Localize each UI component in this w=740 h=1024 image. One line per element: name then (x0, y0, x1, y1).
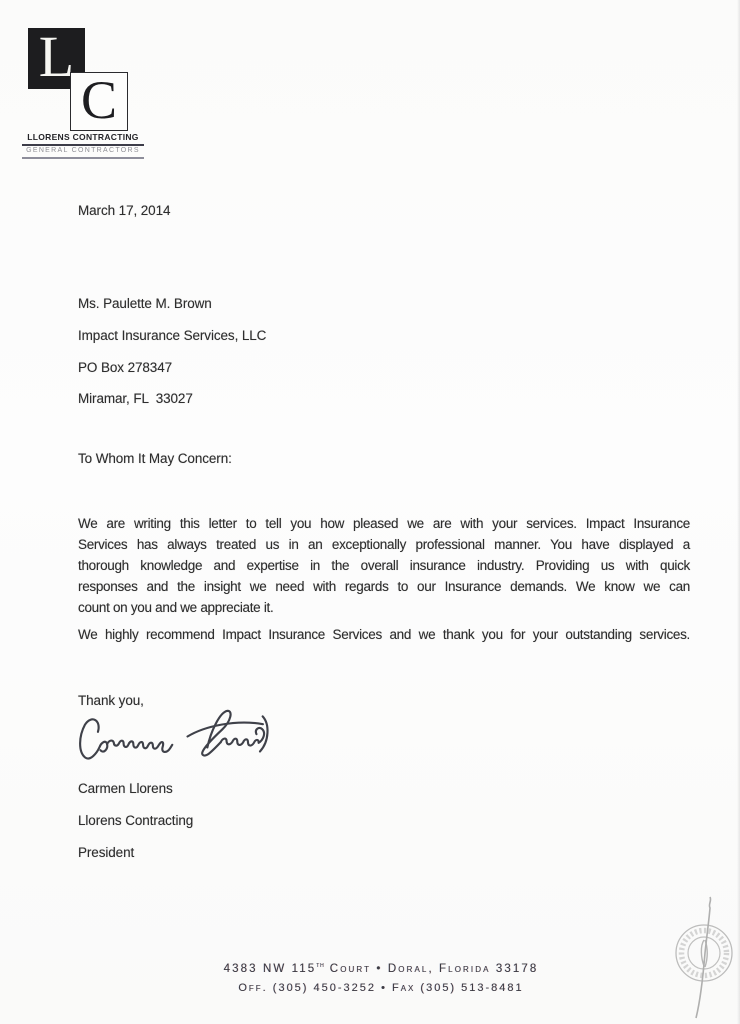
scanned-letter-page: L C LLORENS CONTRACTING GENERAL CONTRACT… (0, 0, 740, 1024)
body-paragraph-2: We highly recommend Impact Insurance Ser… (78, 624, 690, 645)
footer-address-line: 4383 NW 115th Court • Doral, Florida 331… (51, 956, 711, 979)
body-p1-line: We are writing this letter to tell you h… (78, 513, 690, 534)
letter-date: March 17, 2014 (78, 200, 170, 221)
body-p1-line: thorough knowledge and expertise in the … (78, 555, 690, 576)
logo-tagline: GENERAL CONTRACTORS (22, 147, 144, 154)
logo-divider-bottom (22, 157, 144, 159)
footer-phone-line: Off. (305) 450-3252 • Fax (305) 513-8481 (51, 979, 711, 998)
recipient-city-line: Miramar, FL 33027 (78, 388, 193, 409)
signer-title: President (78, 842, 134, 863)
salutation: To Whom It May Concern: (78, 448, 232, 469)
recipient-company: Impact Insurance Services, LLC (78, 325, 266, 346)
body-paragraph-1: We are writing this letter to tell you h… (78, 513, 690, 618)
footer-address-ordinal: th (316, 962, 324, 969)
letter-footer: 4383 NW 115th Court • Doral, Florida 331… (51, 956, 711, 998)
recipient-po-box: PO Box 278347 (78, 357, 172, 378)
body-p1-line: Services has always treated us in an exc… (78, 534, 690, 555)
body-p1-line: count on you and we appreciate it. (78, 597, 690, 618)
signer-name: Carmen Llorens (78, 778, 173, 799)
handwritten-signature (69, 700, 276, 775)
logo-divider-top (22, 144, 144, 146)
logo-company-name: LLORENS CONTRACTING (22, 132, 144, 142)
footer-address-rest: Court • Doral, Florida 33178 (325, 963, 539, 975)
logo-letter-c: C (81, 73, 117, 127)
logo-letter-l: L (39, 28, 74, 86)
signer-company: Llorens Contracting (78, 810, 193, 831)
recipient-name: Ms. Paulette M. Brown (78, 293, 212, 314)
logo-letter-c-block: C (70, 72, 128, 131)
footer-address-number: 4383 NW 115 (224, 963, 317, 975)
body-p1-line: responses and the insight we need with r… (78, 576, 690, 597)
body-p2-line: We highly recommend Impact Insurance Ser… (78, 624, 690, 645)
